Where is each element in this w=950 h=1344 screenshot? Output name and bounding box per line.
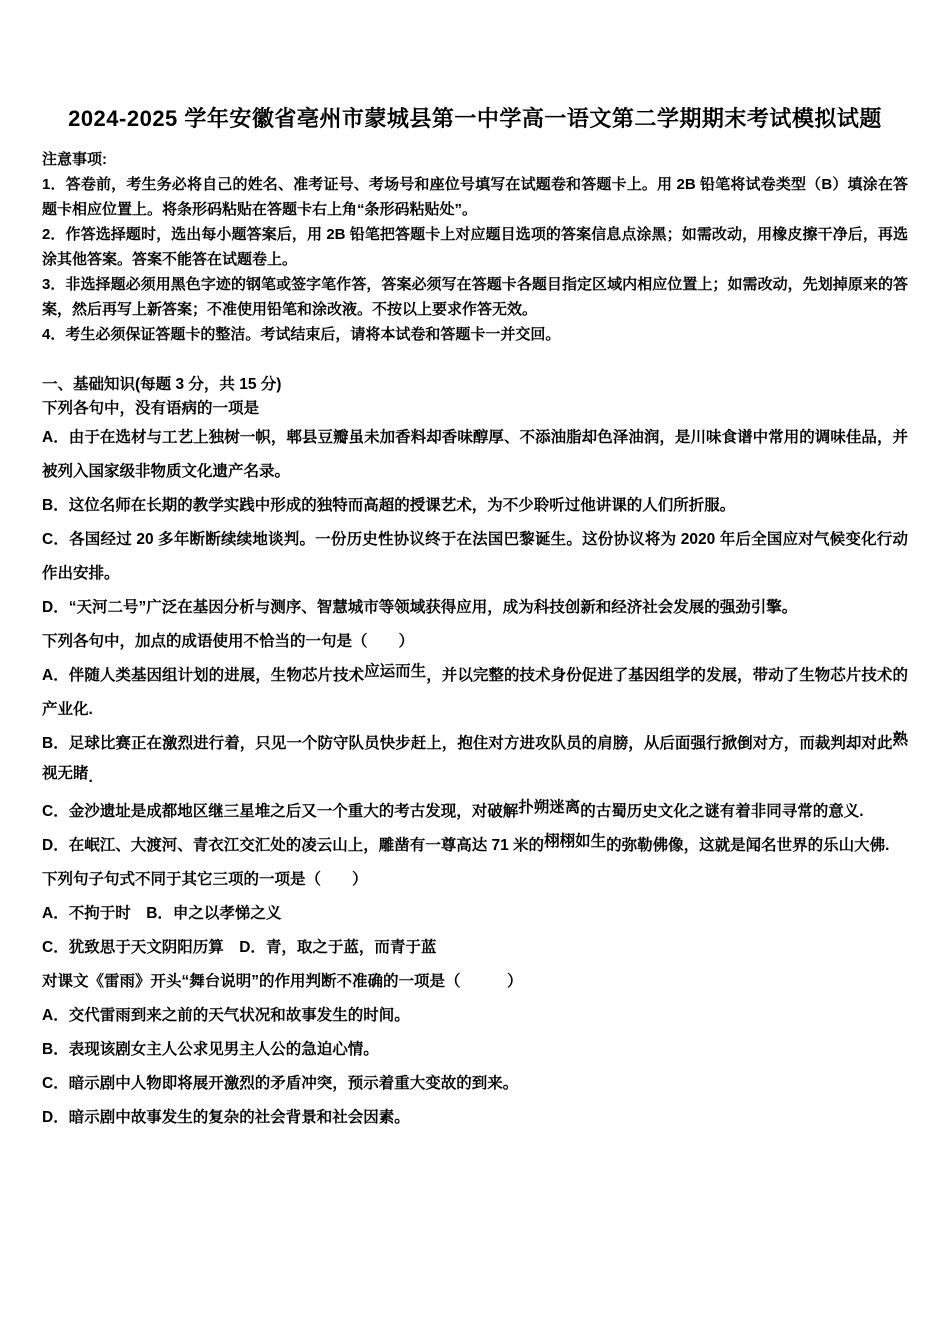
notice-list: 1．答卷前，考生务必将自己的姓名、准考证号、考场号和座位号填写在试题卷和答题卡上… [42,172,908,347]
q3-stem: 下列句子句式不同于其它三项的一项是（ ） [42,863,908,897]
q4-option-a: A．交代雷雨到来之前的天气状况和故事发生的时间。 [42,999,908,1033]
q3-options-cd: C．犹致思于天文阴阳历算 D．青，取之于蓝，而青于蓝 [42,931,908,965]
text-segment: B．足球比赛正在激烈进行着，只见一个防守队员快步赶上，抱住对方进攻队员的肩膀，从… [42,735,892,752]
text-segment: A．不拘于时 B．申之以孝悌之义 [42,905,281,922]
q2-option-c: C．金沙遗址是成都地区继三星堆之后又一个重大的考古发现，对破解扑朔迷离的古蜀历史… [42,795,908,829]
notice-item: 1．答卷前，考生务必将自己的姓名、准考证号、考场号和座位号填写在试题卷和答题卡上… [42,172,908,222]
q4-stem: 对课文《雷雨》开头“舞台说明”的作用判断不准确的一项是（ ） [42,965,908,999]
notice-heading: 注意事项: [42,147,908,172]
q1-option-b: B．这位名师在长期的教学实践中形成的独特而高超的授课艺术，为不少聆听过他讲课的人… [42,489,908,523]
text-segment: C．各国经过 20 多年断断续续地谈判。一份历史性协议终于在法国巴黎诞生。这份协… [42,531,908,582]
text-segment: 下列各句中，加点的成语使用不恰当的一句是（ ） [42,633,414,650]
emphasized-idiom: 应运而生 [364,663,426,680]
notice-item: 4．考生必须保证答题卡的整洁。考试结束后，请将本试卷和答题卡一并交回。 [42,322,908,347]
text-segment: C．犹致思于天文阴阳历算 D．青，取之于蓝，而青于蓝 [42,939,436,956]
notice-item: 2．作答选择题时，选出每小题答案后，用 2B 铅笔把答题卡上对应题目选项的答案信… [42,222,908,272]
notice-item: 3．非选择题必须用黑色字迹的钢笔或签字笔作答，答案必须写在答题卡各题目指定区域内… [42,272,908,322]
text-segment: C．暗示剧中人物即将展开激烈的矛盾冲突，预示着重大变故的到来。 [42,1075,518,1092]
q2-option-a: A．伴随人类基因组计划的进展，生物芯片技术应运而生，并以完整的技术身份促进了基因… [42,659,908,727]
q2-option-d: D．在岷江、大渡河、青衣江交汇处的凌云山上，雕凿有一尊高达 71 米的栩栩如生的… [42,829,908,863]
text-segment: B．表现该剧女主人公求见男主人公的急迫心情。 [42,1041,379,1058]
text-segment: D．暗示剧中故事发生的复杂的社会背景和社会因素。 [42,1109,410,1126]
text-segment: B．这位名师在长期的教学实践中形成的独特而高超的授课艺术，为不少聆听过他讲课的人… [42,497,735,514]
q2-option-b: B．足球比赛正在激烈进行着，只见一个防守队员快步赶上，抱住对方进攻队员的肩膀，从… [42,727,908,795]
text-segment: 的弥勒佛像，这就是闻名世界的乐山大佛. [606,837,889,854]
text-segment: A．伴随人类基因组计划的进展，生物芯片技术 [42,667,364,684]
q1-option-d: D．“天河二号”广泛在基因分析与测序、智慧城市等领域获得应用，成为科技创新和经济… [42,591,908,625]
emphasized-idiom: 扑朔迷离 [518,799,580,816]
q2-stem: 下列各句中，加点的成语使用不恰当的一句是（ ） [42,625,908,659]
q4-option-d: D．暗示剧中故事发生的复杂的社会背景和社会因素。 [42,1101,908,1135]
text-segment: A．交代雷雨到来之前的天气状况和故事发生的时间。 [42,1007,410,1024]
text-segment: 一、基础知识(每题 3 分，共 15 分) [42,376,281,393]
text-segment: 下列各句中，没有语病的一项是 [42,400,259,417]
text-segment: 的古蜀历史文化之谜有着非同寻常的意义. [580,803,863,820]
page-title: 2024-2025 学年安徽省亳州市蒙城县第一中学高一语文第二学期期末考试模拟试… [42,104,908,134]
q1-option-c: C．各国经过 20 多年断断续续地谈判。一份历史性协议终于在法国巴黎诞生。这份协… [42,523,908,591]
text-segment: D．“天河二号”广泛在基因分析与测序、智慧城市等领域获得应用，成为科技创新和经济… [42,599,797,616]
text-segment: A．由于在选材与工艺上独树一帜，郫县豆瓣虽未加香料却香味醇厚、不添油脂却色泽油润… [42,429,908,480]
emphasized-idiom: 栩栩如生 [544,833,606,850]
q1-stem: 下列各句中，没有语病的一项是 [42,397,908,421]
text-segment: C．金沙遗址是成都地区继三星堆之后又一个重大的考古发现，对破解 [42,803,518,820]
question-body: 一、基础知识(每题 3 分，共 15 分)下列各句中，没有语病的一项是A．由于在… [42,373,908,1135]
q4-option-c: C．暗示剧中人物即将展开激烈的矛盾冲突，预示着重大变故的到来。 [42,1067,908,1101]
section-heading: 一、基础知识(每题 3 分，共 15 分) [42,373,908,397]
exam-document-page: 2024-2025 学年安徽省亳州市蒙城县第一中学高一语文第二学期期末考试模拟试… [0,0,950,1344]
q3-options-ab: A．不拘于时 B．申之以孝悌之义 [42,897,908,931]
text-segment: 对课文《雷雨》开头“舞台说明”的作用判断不准确的一项是（ ） [42,973,523,990]
q4-option-b: B．表现该剧女主人公求见男主人公的急迫心情。 [42,1033,908,1067]
text-segment: D．在岷江、大渡河、青衣江交汇处的凌云山上，雕凿有一尊高达 71 米的 [42,837,544,854]
q1-option-a: A．由于在选材与工艺上独树一帜，郫县豆瓣虽未加香料却香味醇厚、不添油脂却色泽油润… [42,421,908,489]
text-segment: 下列句子句式不同于其它三项的一项是（ ） [42,871,368,888]
text-segment: . [89,769,93,786]
